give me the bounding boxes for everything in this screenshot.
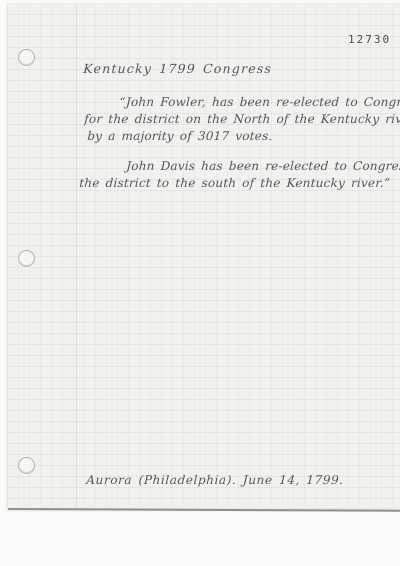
punch-hole-bottom (18, 457, 35, 474)
document-title: Kentucky 1799 Congress (83, 61, 272, 76)
paragraph1-line1: “John Fowler, has been re-elected to Con… (119, 95, 400, 109)
scanned-page: 12730 Kentucky 1799 Congress “John Fowle… (0, 0, 400, 566)
paragraph1-line3: by a majority of 3017 votes. (87, 129, 273, 143)
citation-line: Aurora (Philadelphia). June 14, 1799. (86, 473, 344, 487)
punch-hole-middle (18, 250, 35, 267)
paragraph2-line1: John Davis has been re-elected to Congre… (126, 159, 400, 173)
paragraph2-line2: the district to the south of the Kentuck… (79, 176, 391, 190)
punch-hole-top (18, 49, 35, 66)
paper-sheet: 12730 Kentucky 1799 Congress “John Fowle… (7, 3, 400, 508)
stamp-number: 12730 (348, 33, 391, 46)
paragraph1-line2: for the district on the North of the Ken… (84, 112, 400, 126)
page-bottom-edge (8, 508, 400, 512)
margin-rule-line (76, 4, 77, 508)
